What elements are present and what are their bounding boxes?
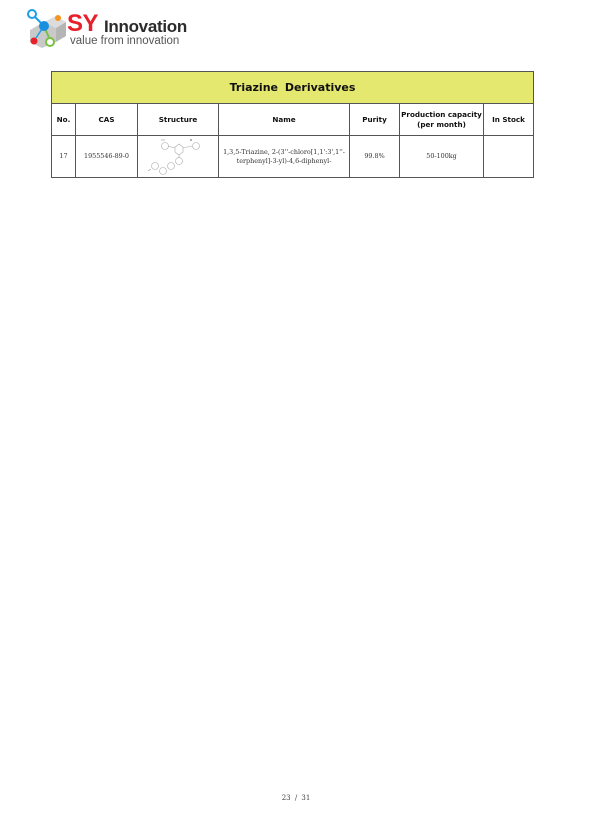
column-header-no: No. bbox=[52, 104, 76, 136]
column-header-structure: Structure bbox=[138, 104, 219, 136]
logo-brand-main: SY bbox=[67, 12, 98, 36]
cell-in-stock bbox=[484, 136, 534, 178]
chemical-structure-icon bbox=[143, 138, 213, 176]
page-number: 23 / 31 bbox=[0, 794, 592, 802]
column-header-name: Name bbox=[219, 104, 350, 136]
cell-structure bbox=[138, 136, 219, 178]
column-header-cas: CAS bbox=[76, 104, 138, 136]
cell-name: 1,3,5-Triazine, 2-(3''-chloro[1,1':3',1'… bbox=[219, 136, 350, 178]
column-header-purity: Purity bbox=[350, 104, 400, 136]
cell-cas: 1955546-89-0 bbox=[76, 136, 138, 178]
table-title: Triazine Derivatives bbox=[52, 72, 534, 104]
column-header-in-stock: In Stock bbox=[484, 104, 534, 136]
logo-brand-suffix: Innovation bbox=[104, 18, 187, 36]
cell-no: 17 bbox=[52, 136, 76, 178]
company-logo: SY Innovation value from innovation bbox=[22, 8, 202, 52]
product-table: Triazine Derivatives No. CAS Structure N… bbox=[51, 71, 534, 178]
molecule-logo-icon bbox=[22, 8, 68, 50]
cell-purity: 99.8% bbox=[350, 136, 400, 178]
logo-tagline: value from innovation bbox=[70, 35, 179, 47]
cell-capacity: 50-100kg bbox=[400, 136, 484, 178]
table-row: 17 1955546-89-0 1,3,5-Triazine, 2-(3''-c… bbox=[52, 136, 534, 178]
column-header-capacity: Production capacity (per month) bbox=[400, 104, 484, 136]
